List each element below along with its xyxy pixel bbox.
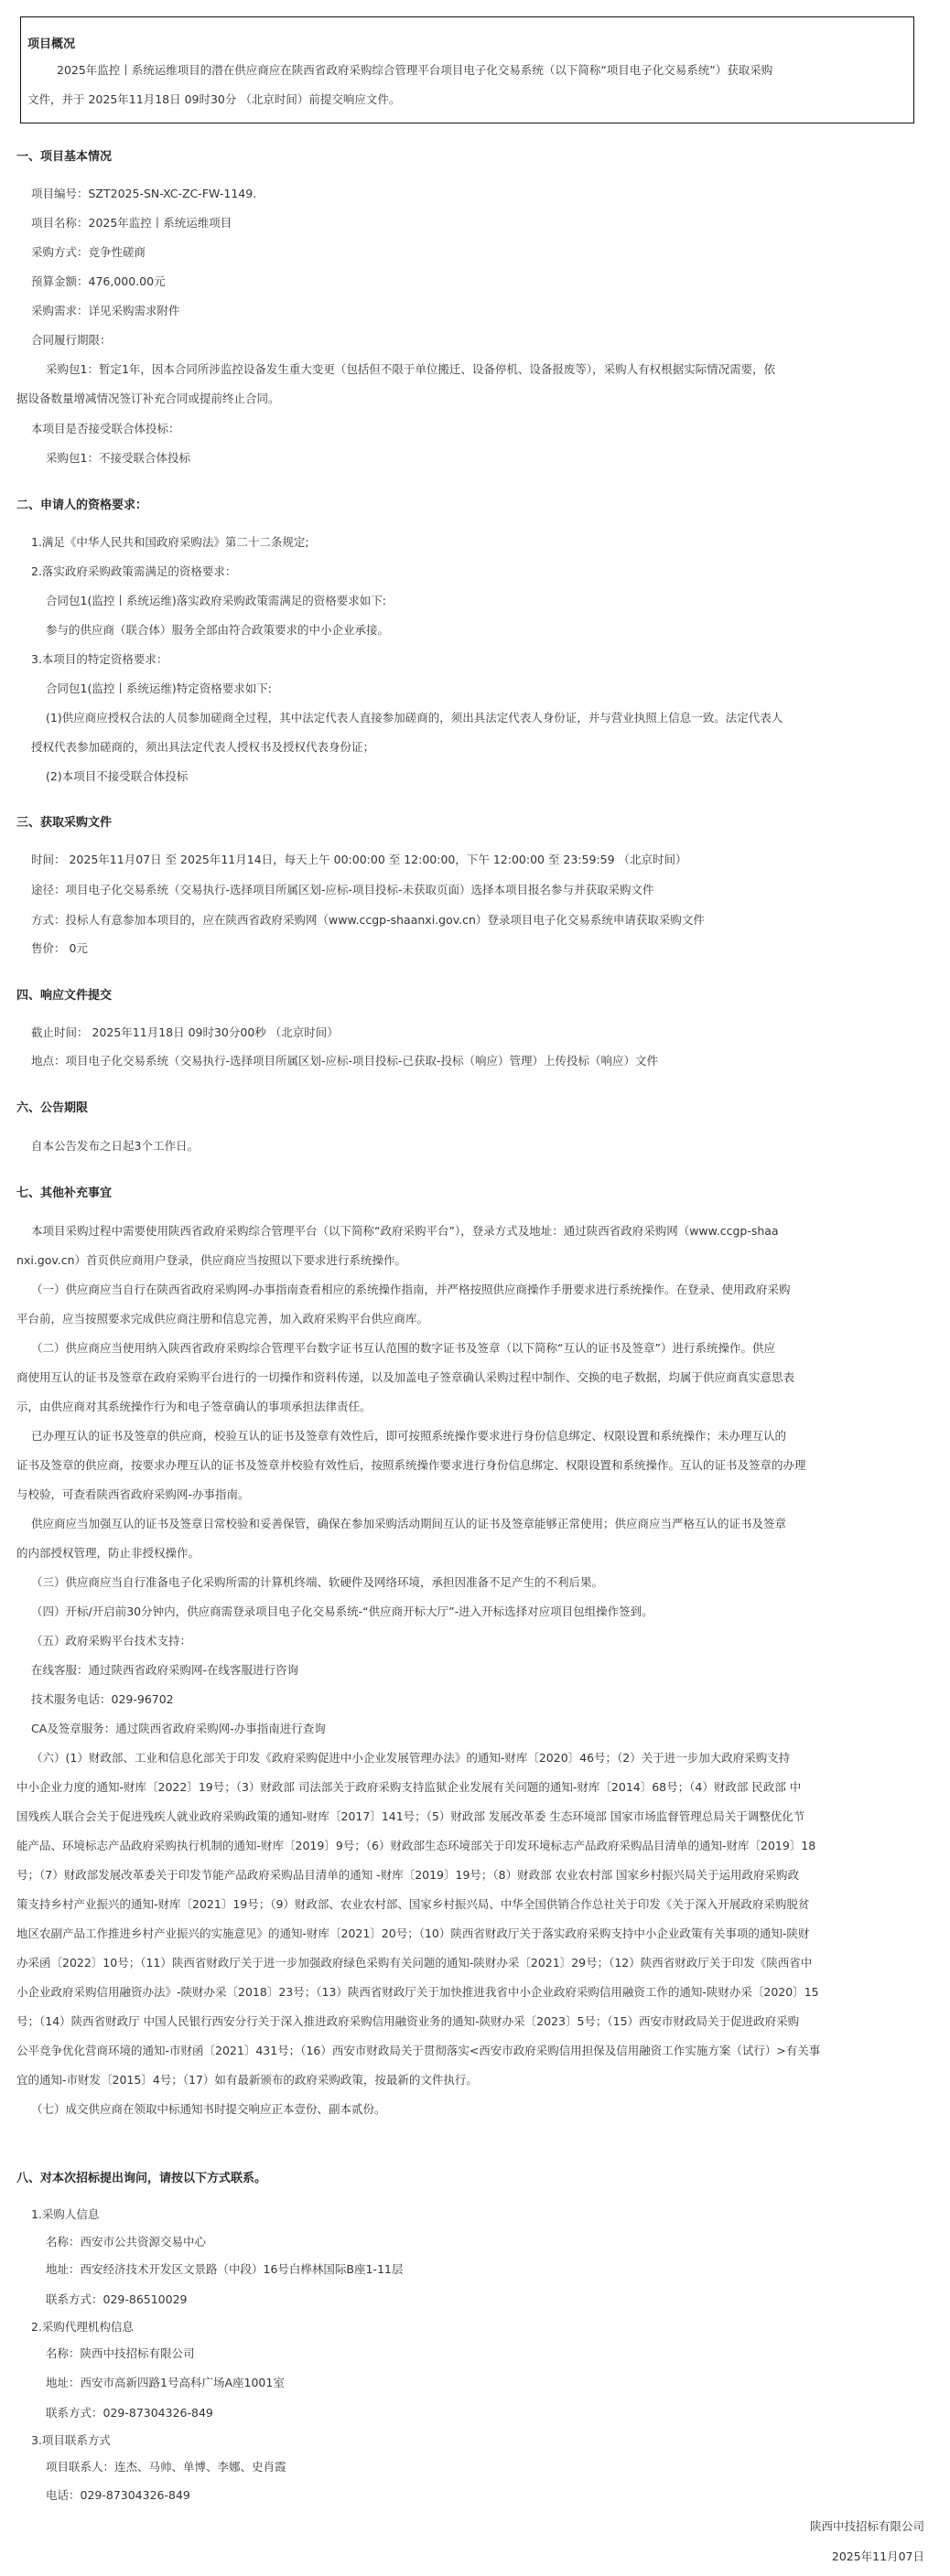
acquisition-manner: 方式：投标人有意参加本项目的，应在陕西省政府采购网（www.ccgp-shaan… xyxy=(31,913,705,928)
supplement-p0-line1: 本项目采购过程中需要使用陕西省政府采购综合管理平台（以下简称“政府采购平台”），… xyxy=(31,1224,779,1239)
contract-term-label: 合同履行期限： xyxy=(31,333,112,348)
supplement-p3-line2: 证书及签章的供应商，按要求办理互认的证书及签章并校验有效性后，按照系统操作要求进… xyxy=(16,1458,806,1473)
supplement-p6: （四）开标/开启前30分钟内，供应商需登录项目电子化交易系统-“供应商开标大厅”… xyxy=(31,1605,653,1619)
supplement-p2-line1: （二）供应商应当使用纳入陕西省政府采购综合管理平台数字证书互认范围的数字证书及签… xyxy=(31,1341,775,1356)
supplement-p4-line1: 供应商应当加强互认的证书及签章日常校验和妥善保管，确保在参加采购活动期间互认的证… xyxy=(31,1517,786,1531)
section1-heading: 一、项目基本情况 xyxy=(16,150,112,165)
buyer-address: 地址：西安经济技术开发区文景路（中段）16号白桦林国际B座1-11层 xyxy=(46,2262,403,2277)
policy-line11: 公平竞争优化营商环境的通知-市财函〔2021〕431号；（16）西安市财政局关于… xyxy=(16,2044,820,2058)
policy-line4: 能产品、环境标志产品政府采购执行机制的通知-财库〔2019〕9号；（6）财政部生… xyxy=(16,1839,815,1853)
footer-date: 2025年11月07日 xyxy=(832,2549,924,2564)
section7-heading: 七、其他补充事宜 xyxy=(16,1186,112,1201)
supplement-p1-line2: 平台前，应当按照要求完成供应商注册和信息完善，加入政府采购平台供应商库。 xyxy=(16,1312,428,1326)
buyer-phone: 联系方式：029-86510029 xyxy=(46,2292,188,2307)
supplement-p7: （五）政府采购平台技术支持： xyxy=(31,1634,191,1648)
supplement-p2-line2: 商使用互认的证书及签章在政府采购平台进行的一切操作和资料传递，以及加盖电子签章确… xyxy=(16,1370,794,1385)
supplement-p1-line1: （一）供应商应当自行在陕西省政府采购网-办事指南查看相应的系统操作指南，并严格按… xyxy=(31,1283,791,1297)
qualification-item3-sub1: 合同包1(监控丨系统运维)特定资格要求如下: xyxy=(46,682,272,696)
qualification-item1: 1.满足《中华人民共和国政府采购法》第二十二条规定; xyxy=(31,535,309,550)
policy-line1: （六）(1）财政部、工业和信息化部关于印发《政府采购促进中小企业发展管理办法》的… xyxy=(31,1751,790,1766)
qualification-item2-sub1: 合同包1(监控丨系统运维)落实政府采购政策需满足的资格要求如下: xyxy=(46,594,386,608)
qualification-item3-sub3: (2)本项目不接受联合体投标 xyxy=(46,769,188,784)
overview-text-line1: 2025年监控丨系统运维项目的潜在供应商应在陕西省政府采购综合管理平台项目电子化… xyxy=(57,63,772,78)
policy-line12: 宜的通知-市财发〔2015〕4号；（17）如有最新颁布的政府采购政策，按最新的文… xyxy=(16,2073,478,2088)
buyer-name: 名称：西安市公共资源交易中心 xyxy=(46,2235,206,2249)
ca-signature-service: CA及签章服务：通过陕西省政府采购网-办事指南进行查询 xyxy=(31,1722,326,1736)
section6-heading: 六、公告期限 xyxy=(16,1101,88,1116)
supplement-p0-line2: nxi.gov.cn）首页供应商用户登录，供应商应当按照以下要求进行系统操作。 xyxy=(16,1253,406,1268)
qualification-item2-sub2: 参与的供应商（联合体）服务全部由符合政策要求的中小企业承接。 xyxy=(46,623,389,638)
contract-term-line1: 采购包1：暂定1年，因本合同所涉监控设备发生重大变更（包括但不限于单位搬迁、设备… xyxy=(46,362,775,377)
section4-heading: 四、响应文件提交 xyxy=(16,989,112,1004)
consortium-value: 采购包1：不接受联合体投标 xyxy=(46,451,190,466)
procurement-method: 采购方式：竞争性磋商 xyxy=(31,245,146,260)
policy-line5: 号；（7）财政部发展改革委关于印发节能产品政府采购品目清单的通知 -财库〔201… xyxy=(16,1868,799,1883)
submission-location: 地点：项目电子化交易系统（交易执行-选择项目所属区划-应标-项目投标-已获取-投… xyxy=(31,1054,658,1068)
qualification-item3: 3.本项目的特定资格要求： xyxy=(31,652,167,667)
policy-line10: 号；（14）陕西省财政厅 中国人民银行西安分行关于深入推进政府采购信用融资业务的… xyxy=(16,2014,799,2029)
overview-text-line2: 文件，并于 2025年11月18日 09时30分 （北京时间）前提交响应文件。 xyxy=(27,92,400,107)
acquisition-time: 时间： 2025年11月07日 至 2025年11月14日，每天上午 00:00… xyxy=(31,853,687,867)
online-service: 在线客服：通过陕西省政府采购网-在线客服进行咨询 xyxy=(31,1663,298,1678)
qualification-item3-sub2-line1: (1)供应商应授权合法的人员参加磋商全过程，其中法定代表人直接参加磋商的，须出具… xyxy=(46,711,783,725)
buyer-info-title: 1.采购人信息 xyxy=(31,2207,99,2222)
tech-service-phone: 技术服务电话：029-96702 xyxy=(31,1692,174,1707)
project-name: 项目名称：2025年监控丨系统运维项目 xyxy=(31,216,232,231)
section2-heading: 二、申请人的资格要求： xyxy=(16,499,147,513)
overview-title: 项目概况 xyxy=(27,38,75,52)
contact-title: 3.项目联系方式 xyxy=(31,2433,111,2448)
supplement-p9: （七）成交供应商在领取中标通知书时提交响应正本壹份、副本贰份。 xyxy=(31,2102,386,2117)
policy-line2: 中小企业力度的通知-财库〔2022〕19号；（3）财政部 司法部关于政府采购支持… xyxy=(16,1780,801,1795)
contact-phone: 电话：029-87304326-849 xyxy=(46,2488,190,2503)
agent-address: 地址：西安市高新四路1号高科广场A座1001室 xyxy=(46,2376,285,2390)
budget-amount: 预算金额：476,000.00元 xyxy=(31,274,166,289)
acquisition-route: 途径：项目电子化交易系统（交易执行-选择项目所属区划-应标-项目投标-未获取页面… xyxy=(31,883,654,897)
project-number: 项目编号：SZT2025-SN-XC-ZC-FW-1149. xyxy=(31,187,256,201)
policy-line9: 小企业政府采购信用融资办法》-陕财办采〔2018〕23号；（13）陕西省财政厅关… xyxy=(16,1985,819,2000)
policy-line3: 国残疾人联合会关于促进残疾人就业政府采购政策的通知-财库〔2017〕141号；（… xyxy=(16,1809,804,1824)
qualification-item2: 2.落实政府采购政策需满足的资格要求： xyxy=(31,564,236,579)
policy-line6: 策支持乡村产业振兴的通知-财库〔2021〕19号；（9）财政部、农业农村部、国家… xyxy=(16,1897,809,1912)
qualification-item3-sub2-line2: 授权代表参加磋商的，须出具法定代表人授权书及授权代表身份证； xyxy=(31,740,374,755)
supplement-p5: （三）供应商应当自行准备电子化采购所需的计算机终端、软硬件及网络环境，承担因准备… xyxy=(31,1575,603,1590)
announcement-period: 自本公告发布之日起3个工作日。 xyxy=(31,1139,199,1154)
policy-line8: 办采函〔2022〕10号；（11）陕西省财政厅关于进一步加强政府绿色采购有关问题… xyxy=(16,1956,812,1970)
agent-name: 名称：陕西中技招标有限公司 xyxy=(46,2346,195,2361)
submission-deadline: 截止时间： 2025年11月18日 09时30分00秒 （北京时间） xyxy=(31,1025,339,1040)
supplement-p2-line3: 示，由供应商对其系统操作行为和电子签章确认的事项承担法律责任。 xyxy=(16,1400,372,1414)
footer-organization: 陕西中技招标有限公司 xyxy=(810,2519,924,2534)
section8-heading: 八、对本次招标提出询问，请按以下方式联系。 xyxy=(16,2172,266,2186)
supplement-p3-line3: 与校验，可查看陕西省政府采购网-办事指南。 xyxy=(16,1487,250,1502)
supplement-p4-line2: 的内部授权管理，防止非授权操作。 xyxy=(16,1546,200,1561)
document-price: 售价： 0元 xyxy=(31,941,88,956)
procurement-requirement: 采购需求：详见采购需求附件 xyxy=(31,304,180,318)
section3-heading: 三、获取采购文件 xyxy=(16,816,112,831)
agent-info-title: 2.采购代理机构信息 xyxy=(31,2320,134,2334)
contact-people: 项目联系人：连杰、马帅、单博、李娜、史肖霞 xyxy=(46,2460,286,2474)
supplement-p3-line1: 已办理互认的证书及签章的供应商，校验互认的证书及签章有效性后，即可按照系统操作要… xyxy=(31,1429,786,1444)
agent-phone: 联系方式：029-87304326-849 xyxy=(46,2406,213,2420)
policy-line7: 地区农副产品工作推进乡村产业振兴的实施意见》的通知-财库〔2021〕20号；（1… xyxy=(16,1927,809,1941)
consortium-label: 本项目是否接受联合体投标： xyxy=(31,422,180,436)
contract-term-line2: 据设备数量增减情况签订补充合同或提前终止合同。 xyxy=(16,392,280,406)
